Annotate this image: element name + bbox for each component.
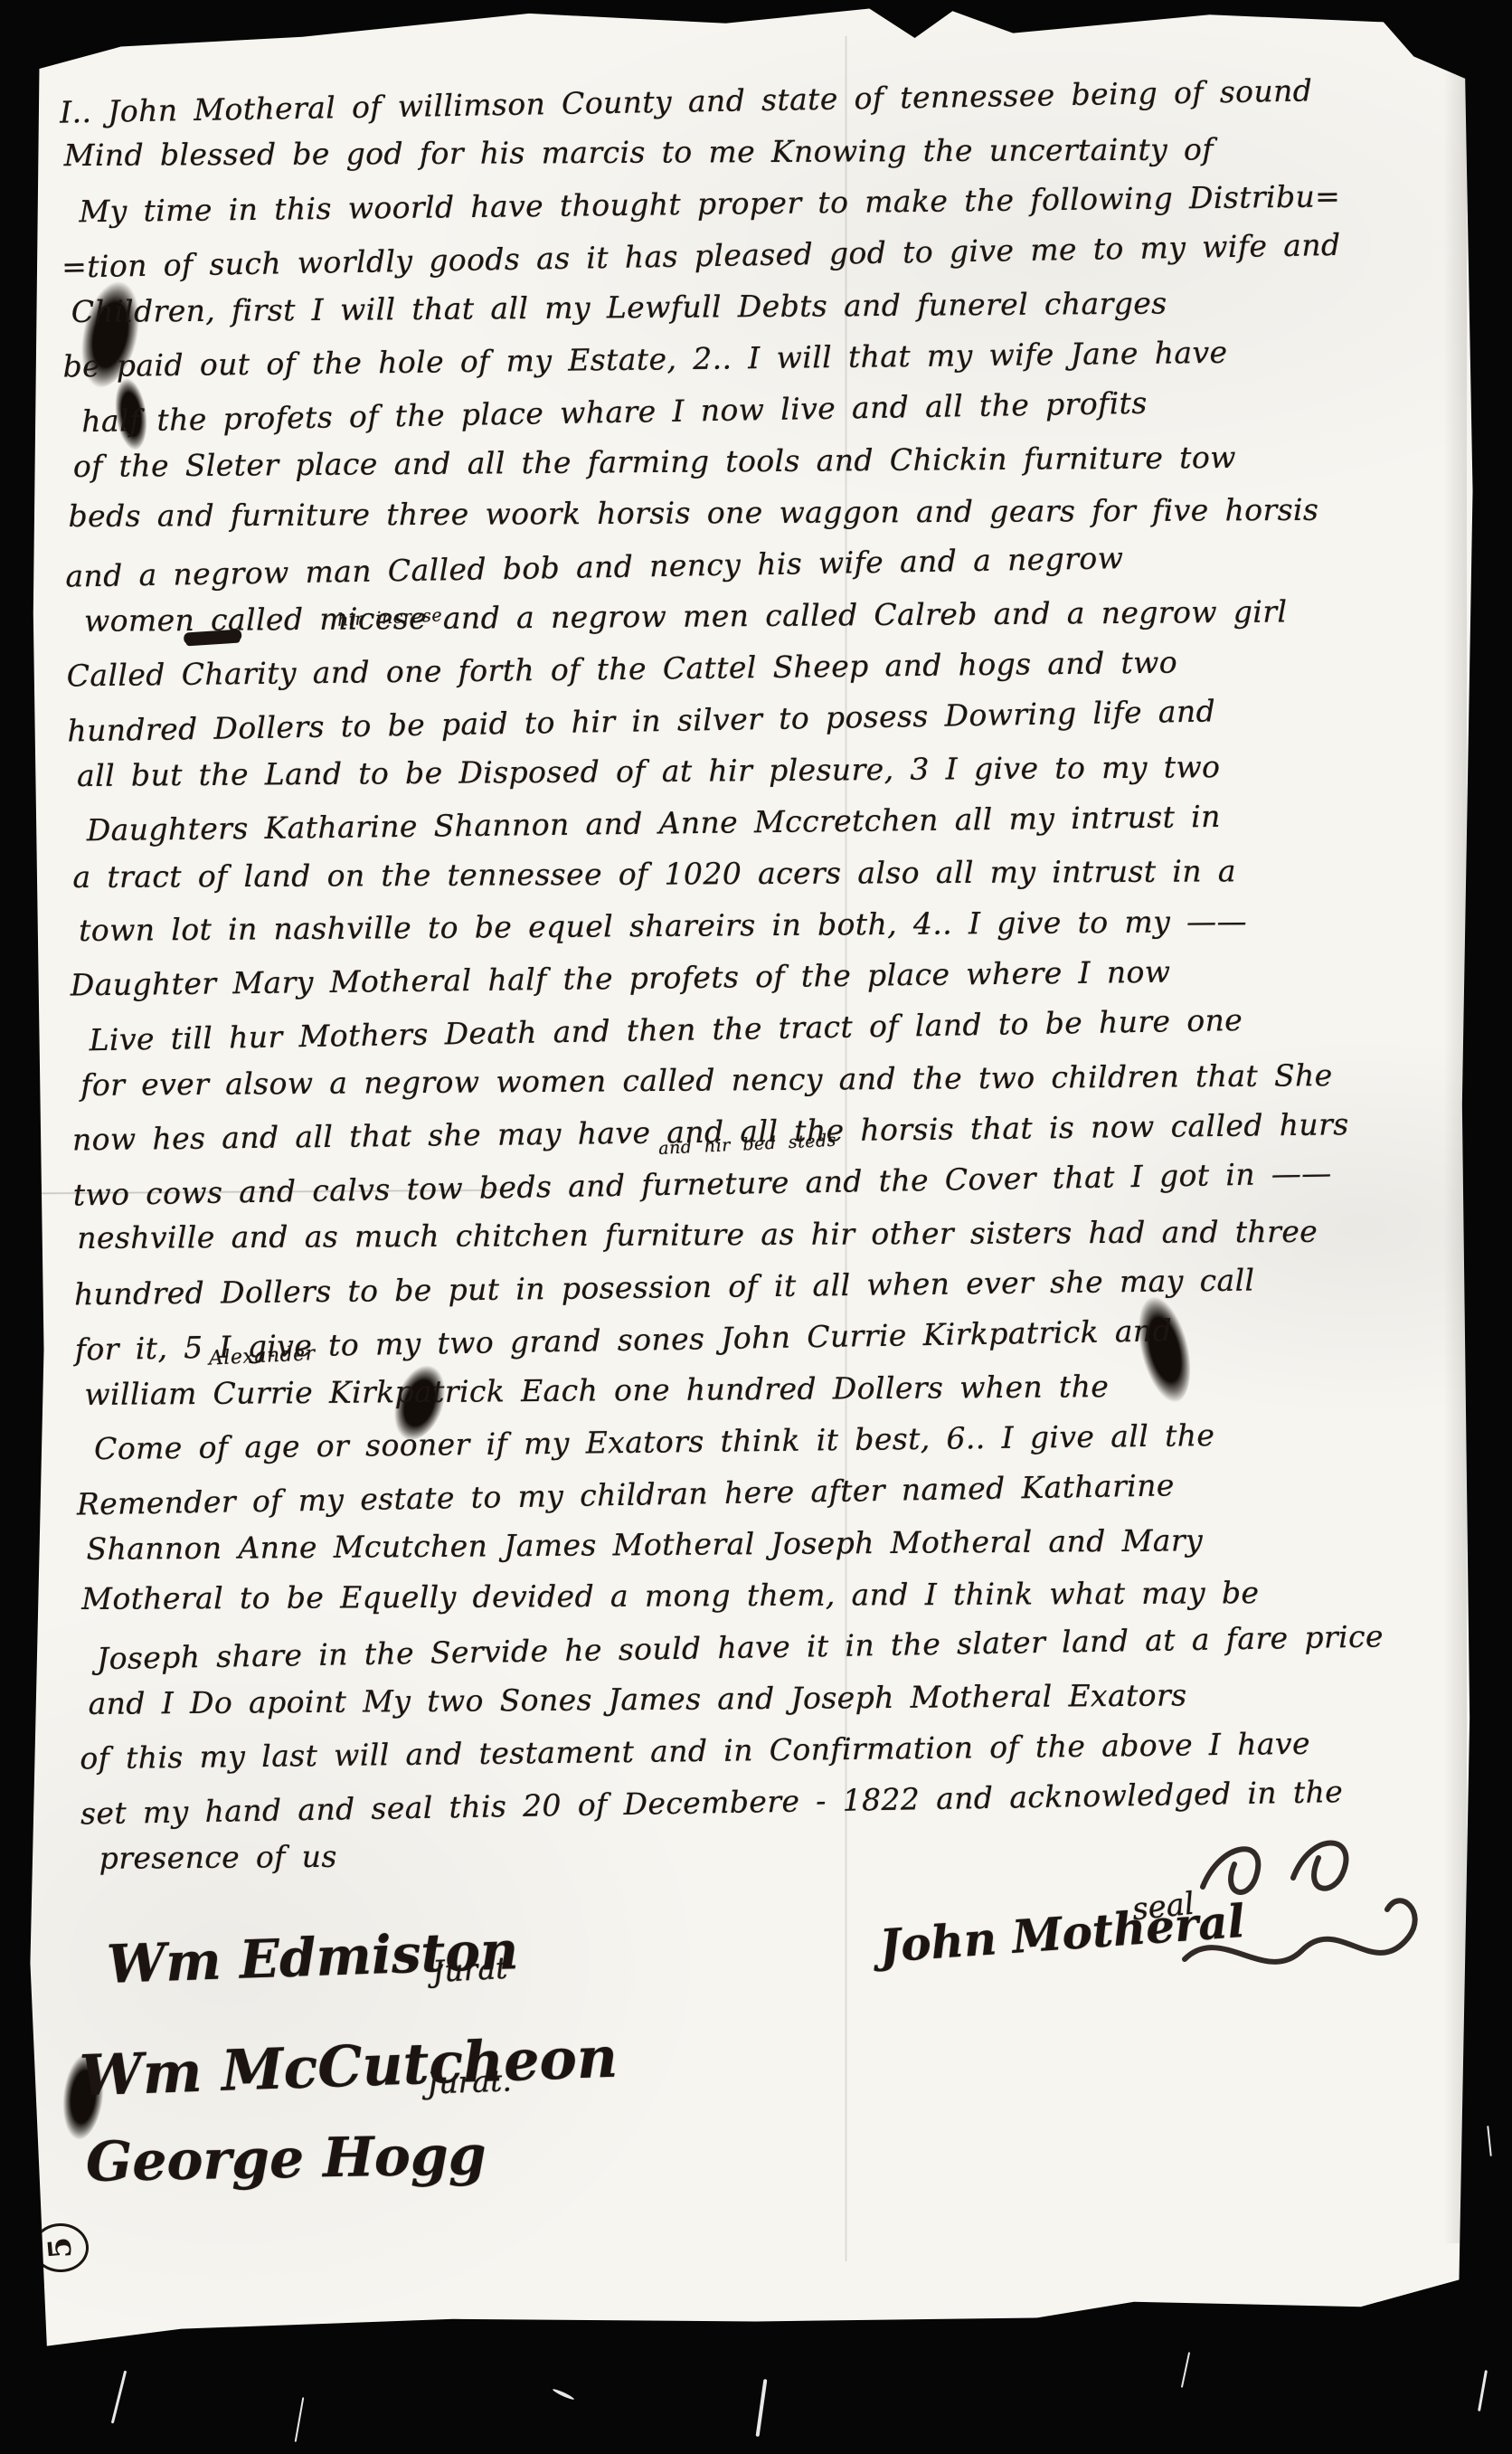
page-number-badge: 5 [33, 2223, 89, 2272]
manuscript-line: william Currie Kirkpatrick Each one hund… [84, 1358, 1475, 1420]
manuscript-line: of the Sleter place and all the farming … [73, 430, 1464, 492]
jurat-note: Jurat [431, 1950, 508, 1989]
scratch-mark [1487, 2126, 1492, 2156]
witness-signature-mccutcheon: Wm McCutcheon [79, 2024, 619, 2109]
manuscript-line: women called micese and a negrow men cal… [84, 584, 1466, 647]
manuscript-line: Children, first I will that all my Lewfu… [71, 275, 1462, 337]
seal-flourish [1167, 1824, 1438, 2004]
jurat-note: Jurat. [426, 2062, 512, 2100]
manuscript-line: all but the Land to be Disposed of at hi… [77, 739, 1468, 801]
manuscript-line: neshville and as much chitchen furniture… [77, 1205, 1473, 1264]
scratch-mark [552, 2388, 574, 2402]
manuscript-line: Mind blessed be god for his marcis to me… [64, 122, 1460, 181]
scratch-mark [111, 2371, 127, 2424]
manuscript-line: and I Do apoint My two Sones James and J… [88, 1667, 1479, 1729]
manuscript-line: town lot in nashville to be equel sharei… [79, 894, 1469, 956]
page-number: 5 [42, 2235, 80, 2260]
manuscript-line: a tract of land on the tennessee of 1020… [72, 844, 1469, 903]
scratch-mark [1181, 2352, 1190, 2388]
witness-signature-hogg: George Hogg [85, 2124, 487, 2194]
manuscript-paper: hir increse and hir bed steds Alexander … [0, 0, 1512, 2454]
manuscript-text: hir increse and hir bed steds Alexander … [60, 66, 1482, 1910]
scanner-backdrop: hir increse and hir bed steds Alexander … [0, 0, 1512, 2454]
scratch-mark [1478, 2370, 1488, 2411]
scratch-mark [756, 2379, 768, 2437]
manuscript-line: Shannon Anne Mcutchen James Motheral Jos… [86, 1512, 1477, 1575]
manuscript-line: for ever alsow a negrow women called nen… [80, 1048, 1471, 1111]
scratch-mark [295, 2397, 305, 2442]
